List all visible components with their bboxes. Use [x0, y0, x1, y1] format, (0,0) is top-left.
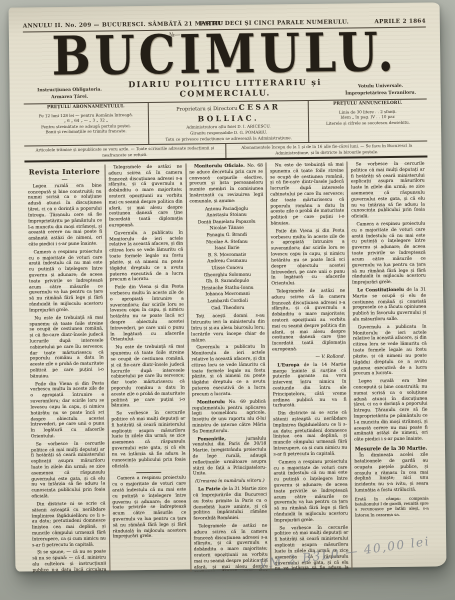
- paragraph-lead: Pomenirile,: [197, 436, 246, 442]
- paragraph: Nu este de trebuință să mai spunemu că t…: [270, 162, 345, 227]
- paragraph-lead: L'Europa: [277, 363, 303, 368]
- paragraph-lead: Le Constituționelu: [357, 288, 406, 294]
- topic-item: Armarea Țârei.: [24, 94, 116, 101]
- names-list: Antonu PaciadjogluAnastasiu StoianuDonță…: [190, 206, 265, 313]
- paragraph: Guvernulu a publicatu în Monitorulu de i…: [191, 345, 265, 398]
- notice-left: Articolele trămise și nepublicate se vor…: [24, 144, 226, 161]
- column-3: Monitorulu Oficiale. No. 68 ne aduce dec…: [186, 162, 272, 571]
- topic-item: Instrucțiunea Obligatoria.: [24, 88, 116, 95]
- paragraph: Camera a respinsu proiectulu cu o majori…: [351, 222, 426, 287]
- paragraph: Telegramele de astăzi ne aducu scirea că…: [108, 164, 183, 229]
- masthead-area: №— BUCIMULU.: [19, 28, 431, 81]
- paragraph: Nu este de trebuință să mai spunemu că t…: [111, 345, 186, 410]
- italic-center: (Urmarea în numărulu viitoru.): [193, 479, 267, 486]
- paragraph: Se vorbesce în cercurile politice că mai…: [111, 411, 186, 470]
- paragraph: Din districte ni se scrie că sătenii așt…: [32, 501, 106, 548]
- lead-paragraph: Monitorulu No. 69 publică regulamentulu …: [192, 399, 266, 435]
- newspaper-page: ANNULU II. No. 209 — BUCURESCI. SÂMBĂTĂ …: [9, 2, 447, 571]
- paragraph: Din districte ni se scrie că sătenii așt…: [273, 411, 347, 458]
- paragraph: Telegramele de astăzi ne aducu scirea că…: [271, 288, 346, 353]
- paragraph: Telegramele de astăzi ne aducu scirea că…: [193, 523, 268, 571]
- director-box: Proprietaru și Directoru CESAR BOLLIAC. …: [149, 101, 308, 144]
- paragraph: Toți acești domni s-au întrunitu ieri la…: [191, 314, 265, 344]
- paragraph: Camera a respinsu proiectulu cu o majori…: [29, 249, 104, 314]
- paragraph: Și se spune, — că nu se poate să nu se s…: [32, 550, 106, 573]
- name-item: Gad. Theodoru: [191, 305, 265, 313]
- admin-line: Totu ce privesce redacțiunea se adreseaz…: [152, 135, 305, 142]
- paragraph: Camera a respinsu proiectulu cu o majori…: [274, 459, 349, 524]
- paragraph: Se vorbesce în cercurile politice că mai…: [351, 161, 426, 220]
- column-1: Revista Interiore—Legea rurală era bine …: [24, 164, 110, 573]
- lead-paragraph: Pomenirile, jurnalulu venatului din Pari…: [192, 436, 266, 478]
- paragraph-lead: Monitorulu: [197, 400, 229, 405]
- masthead-title: BUCIMULU.: [51, 25, 398, 84]
- left-topics: Instrucțiunea Obligatoria. Armarea Țârei…: [24, 88, 116, 102]
- paragraph: Guvernulu a publicatu în Monitorulu de i…: [353, 324, 427, 377]
- column-2: Telegramele de astăzi ne aducu scirea că…: [105, 163, 191, 572]
- section-heading: Mesurele de la 30 Martie.: [354, 445, 428, 452]
- subscription-line: Banii și reclamațiile se trimitu francat…: [27, 128, 145, 135]
- paragraph: Se vorbesce în cercurile politice că mai…: [31, 441, 106, 500]
- italic-right: — V. Rolland.: [273, 354, 345, 361]
- paragraph-lead: La Patrie: [198, 487, 222, 492]
- page-content: ANNULU II. No. 209 — BUCURESCI. SÂMBĂTĂ …: [9, 2, 447, 571]
- notice-right: Abonamentele începu de la 1 și de la 16 …: [226, 141, 427, 158]
- paragraph: Nu este de trebuință să mai spunemu că t…: [29, 315, 104, 380]
- right-topics: Votulu Universale. Împroprietărirea Țera…: [335, 84, 427, 98]
- paragraph: În dimineața acelei zile batalioanele de…: [354, 453, 428, 495]
- lead-paragraph: Monitorulu Oficiale. No. 68 ne aduce dec…: [189, 163, 263, 205]
- paragraph-lead: Monitorulu Oficiale.: [194, 164, 247, 170]
- header-info-table: PREȚULU ABONNAMENTULUI. Pe 12 luni 128 l…: [24, 98, 427, 146]
- small: Erată în câmpu: compania batalionului I …: [355, 495, 429, 517]
- subscription-box: PREȚULU ABONNAMENTULUI. Pe 12 luni 128 l…: [24, 103, 149, 145]
- paragraph: Legea rurală era bine concepută și bine …: [28, 183, 103, 248]
- paragraph: Foile din Viena și din Pesta vorbescu mu…: [110, 285, 185, 344]
- column-4: Nu este de trebuință să mai spunemu că t…: [267, 161, 353, 570]
- topic-item: Împroprietărirea Țeraniloru.: [335, 90, 427, 97]
- body-columns: Revista Interiore—Legea rurală era bine …: [24, 160, 432, 573]
- director-label: Proprietaru și Directoru: [176, 106, 237, 113]
- ads-price-box: PREȚULU ANNUNCIELORU. Linia de 30 litere…: [308, 99, 427, 141]
- paragraph: Guvernulu a publicatu în Monitorulu de i…: [109, 230, 183, 283]
- paragraph: Foile din Viena și din Pesta vorbescu mu…: [271, 228, 346, 287]
- dash: —: [28, 177, 102, 181]
- rule: [136, 472, 161, 473]
- ads-price-line: Literele și cifrele se socotescu deosebi…: [312, 119, 424, 126]
- column-5: Se vorbesce în cercurile politice că mai…: [348, 160, 433, 569]
- lead-paragraph: L'Europa de la 14 Martie merge înainte ș…: [272, 362, 346, 409]
- paragraph: Foile din Viena și din Pesta vorbescu mu…: [30, 381, 105, 440]
- paragraph: Camera a respinsu proiectulu cu o majori…: [112, 476, 187, 541]
- paragraph: Legea rurală era bine concepută și bine …: [353, 379, 428, 444]
- lead-paragraph: La Patrie de la 31 Martie zice că împrej…: [193, 487, 267, 523]
- lead-paragraph: Le Constituționelu de la 31 Martie se oc…: [352, 288, 426, 324]
